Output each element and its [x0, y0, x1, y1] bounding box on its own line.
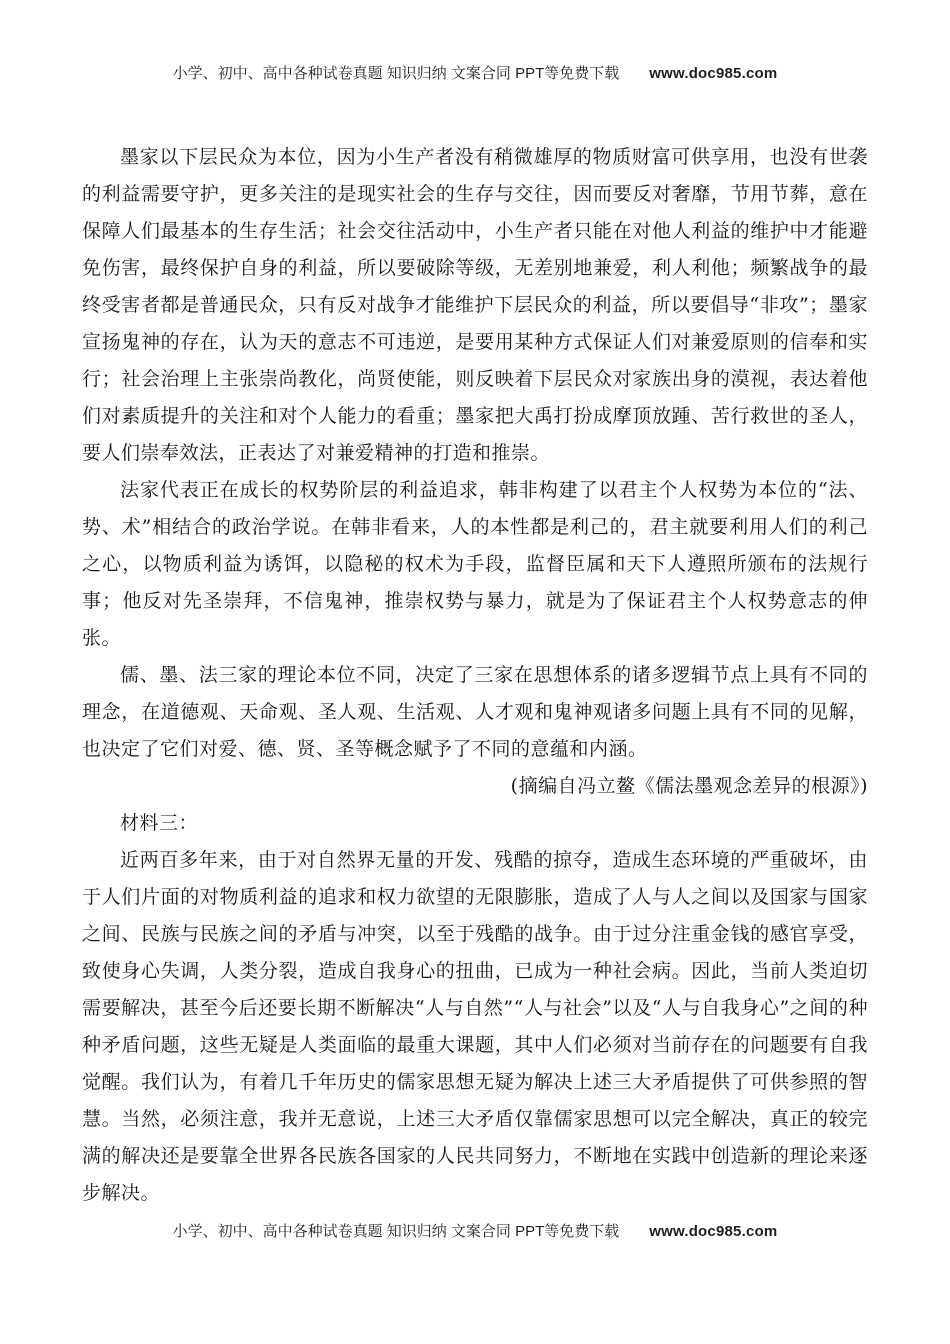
paragraph-legalism: 法家代表正在成长的权势阶层的利益追求，韩非构建了以君主个人权势为本位的“法、势、…: [82, 472, 868, 657]
footer-site-url: www.doc985.com: [649, 1223, 777, 1240]
source-attribution: (摘编自冯立鳌《儒法墨观念差异的根源》): [82, 768, 868, 805]
paragraph-material-three: 近两百多年来，由于对自然界无量的开发、残酷的掠夺，造成生态环境的严重破坏，由于人…: [82, 842, 868, 1212]
footer-promo-text: 小学、初中、高中各种试卷真题 知识归纳 文案合同 PPT等免费下载: [173, 1223, 620, 1240]
document-page: 小学、初中、高中各种试卷真题 知识归纳 文案合同 PPT等免费下载www.doc…: [0, 0, 950, 1344]
material-three-label: 材料三：: [82, 805, 868, 842]
header-promo-text: 小学、初中、高中各种试卷真题 知识归纳 文案合同 PPT等免费下载: [173, 65, 620, 82]
paragraph-three-schools-comparison: 儒、墨、法三家的理论本位不同，决定了三家在思想体系的诸多逻辑节点上具有不同的理念…: [82, 657, 868, 768]
document-body: 墨家以下层民众为本位，因为小生产者没有稍微雄厚的物质财富可供享用，也没有世袭的利…: [82, 139, 868, 1212]
header-site-url: www.doc985.com: [649, 65, 777, 82]
paragraph-mohism: 墨家以下层民众为本位，因为小生产者没有稍微雄厚的物质财富可供享用，也没有世袭的利…: [82, 139, 868, 472]
page-header: 小学、初中、高中各种试卷真题 知识归纳 文案合同 PPT等免费下载www.doc…: [82, 62, 868, 83]
page-footer: 小学、初中、高中各种试卷真题 知识归纳 文案合同 PPT等免费下载www.doc…: [82, 1220, 868, 1241]
